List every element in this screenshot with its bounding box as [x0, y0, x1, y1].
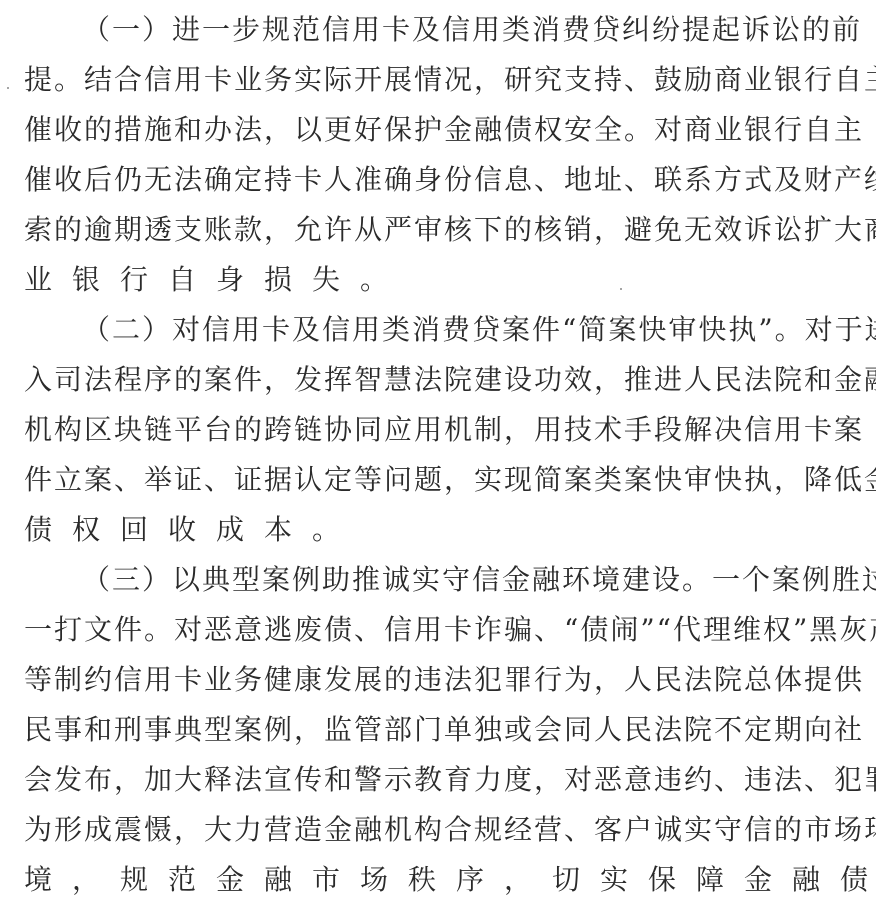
text-line: 债权回收成本。 — [24, 505, 844, 555]
text-line: 机构区块链平台的跨链协同应用机制，用技术手段解决信用卡案 — [24, 405, 844, 455]
text-line: 入司法程序的案件，发挥智慧法院建设功效，推进人民法院和金融 — [24, 355, 844, 405]
document-page: （一）进一步规范信用卡及信用类消费贷纠纷提起诉讼的前 提。结合信用卡业务实际开展… — [24, 5, 844, 899]
text-line: 催收后仍无法确定持卡人准确身份信息、地址、联系方式及财产线 — [24, 155, 844, 205]
text-line: 为形成震慑，大力营造金融机构合规经营、客户诚实守信的市场环 — [24, 805, 844, 855]
scan-speck — [7, 87, 9, 89]
text-line: 等制约信用卡业务健康发展的违法犯罪行为，人民法院总体提供 — [24, 655, 844, 705]
scan-speck — [620, 288, 622, 290]
paragraph-3: （三）以典型案例助推诚实守信金融环境建设。一个案例胜过 一打文件。对恶意逃废债、… — [24, 555, 844, 899]
text-line: 民事和刑事典型案例，监管部门单独或会同人民法院不定期向社 — [24, 705, 844, 755]
text-line: 催收的措施和办法，以更好保护金融债权安全。对商业银行自主 — [24, 105, 844, 155]
text-line: 会发布，加大释法宣传和警示教育力度，对恶意违约、违法、犯罪行 — [24, 755, 844, 805]
text-line: 提。结合信用卡业务实际开展情况，研究支持、鼓励商业银行自主 — [24, 55, 844, 105]
text-line: 一打文件。对恶意逃废债、信用卡诈骗、“债闹”“代理维权”黑灰产 — [24, 605, 844, 655]
text-line: 索的逾期透支账款，允许从严审核下的核销，避免无效诉讼扩大商 — [24, 205, 844, 255]
text-line: （一）进一步规范信用卡及信用类消费贷纠纷提起诉讼的前 — [24, 5, 844, 55]
text-line: 业银行自身损失。 — [24, 255, 844, 305]
paragraph-2: （二）对信用卡及信用类消费贷案件“简案快审快执”。对于进 入司法程序的案件，发挥… — [24, 305, 844, 555]
text-line: （三）以典型案例助推诚实守信金融环境建设。一个案例胜过 — [24, 555, 844, 605]
text-line: （二）对信用卡及信用类消费贷案件“简案快审快执”。对于进 — [24, 305, 844, 355]
text-line: 件立案、举证、证据认定等问题，实现简案类案快审快执，降低金融 — [24, 455, 844, 505]
text-line: 境，规范金融市场秩序，切实保障金融债权安全。 — [24, 855, 844, 899]
paragraph-1: （一）进一步规范信用卡及信用类消费贷纠纷提起诉讼的前 提。结合信用卡业务实际开展… — [24, 5, 844, 305]
